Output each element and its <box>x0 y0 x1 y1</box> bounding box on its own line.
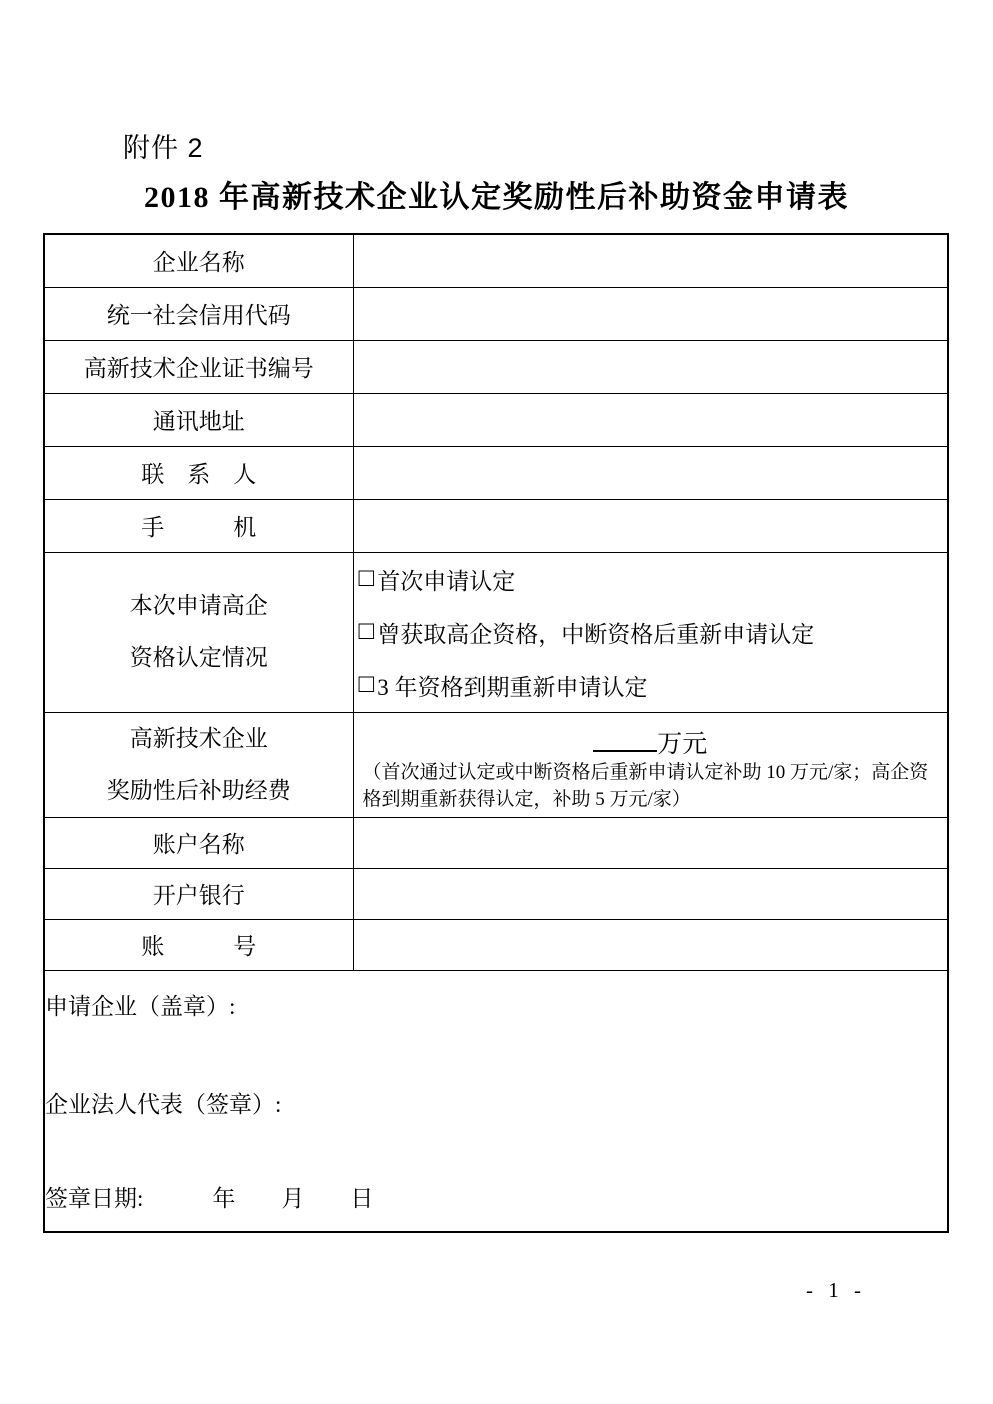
subsidy-amount-line: 万元 <box>354 724 948 758</box>
checkbox-option-first-application[interactable]: □ 首次申请认定 <box>354 553 948 606</box>
qualification-options-cell: □ 首次申请认定 □ 曾获取高企资格，中断资格后重新申请认定 □ 3 年资格到期… <box>353 552 948 712</box>
field-label-subsidy-amount: 高新技术企业 奖励性后补助经费 <box>44 712 353 817</box>
table-row-deposit-bank: 开户银行 <box>44 868 948 919</box>
checkbox-icon[interactable]: □ <box>359 565 375 591</box>
field-value-contact-person[interactable] <box>353 446 948 499</box>
signature-section-cell: 申请企业（盖章）: 企业法人代表（签章）: 签章日期: 年 月 日 <box>44 970 948 1232</box>
field-value-account-name[interactable] <box>353 817 948 868</box>
subsidy-label-line1: 高新技术企业 <box>45 713 353 765</box>
table-row-account-number: 账 号 <box>44 919 948 970</box>
checkbox-option-label: 曾获取高企资格，中断资格后重新申请认定 <box>377 616 814 649</box>
field-label-qualification-status: 本次申请高企 资格认定情况 <box>44 552 353 712</box>
field-label-mobile-phone: 手 机 <box>44 499 353 552</box>
field-label-account-name: 账户名称 <box>44 817 353 868</box>
qualification-label-line1: 本次申请高企 <box>45 580 353 632</box>
table-row-contact-person: 联 系 人 <box>44 446 948 499</box>
table-row-qualification-status: 本次申请高企 资格认定情况 □ 首次申请认定 □ 曾获取高企资格，中断资格后重新… <box>44 552 948 712</box>
field-value-company-name[interactable] <box>353 234 948 287</box>
qualification-label-line2: 资格认定情况 <box>45 632 353 684</box>
table-row-mobile-phone: 手 机 <box>44 499 948 552</box>
subsidy-note: （首次通过认定或中断资格后重新申请认定补助 10 万元/家；高企资格到期重新获得… <box>354 758 948 813</box>
field-label-account-number: 账 号 <box>44 919 353 970</box>
checkbox-icon[interactable]: □ <box>359 618 375 644</box>
company-seal-line: 申请企业（盖章）: <box>45 988 947 1021</box>
table-row-account-name: 账户名称 <box>44 817 948 868</box>
table-row-credit-code: 统一社会信用代码 <box>44 287 948 340</box>
table-row-company-name: 企业名称 <box>44 234 948 287</box>
table-row-certificate-number: 高新技术企业证书编号 <box>44 340 948 393</box>
table-row-signature-section: 申请企业（盖章）: 企业法人代表（签章）: 签章日期: 年 月 日 <box>44 970 948 1232</box>
legal-representative-line: 企业法人代表（签章）: <box>45 1086 947 1119</box>
checkbox-option-label: 首次申请认定 <box>377 563 515 596</box>
amount-unit-label: 万元 <box>657 731 707 758</box>
application-form-table: 企业名称 统一社会信用代码 高新技术企业证书编号 通讯地址 联 系 人 手 机 <box>43 233 949 1233</box>
field-value-certificate-number[interactable] <box>353 340 948 393</box>
page-number: - 1 - <box>806 1278 866 1303</box>
checkbox-option-reapply-after-expiry[interactable]: □ 3 年资格到期重新申请认定 <box>354 659 948 712</box>
checkbox-icon[interactable]: □ <box>359 671 375 697</box>
field-value-account-number[interactable] <box>353 919 948 970</box>
field-label-deposit-bank: 开户银行 <box>44 868 353 919</box>
field-label-mailing-address: 通讯地址 <box>44 393 353 446</box>
page-title: 2018 年高新技术企业认定奖励性后补助资金申请表 <box>0 172 993 216</box>
subsidy-label-line2: 奖励性后补助经费 <box>45 765 353 817</box>
field-label-certificate-number: 高新技术企业证书编号 <box>44 340 353 393</box>
field-value-mobile-phone[interactable] <box>353 499 948 552</box>
table-row-mailing-address: 通讯地址 <box>44 393 948 446</box>
document-page: 附件 2 2018 年高新技术企业认定奖励性后补助资金申请表 企业名称 统一社会… <box>0 0 993 1404</box>
checkbox-option-reapply-after-interruption[interactable]: □ 曾获取高企资格，中断资格后重新申请认定 <box>354 606 948 659</box>
subsidy-value-cell: 万元 （首次通过认定或中断资格后重新申请认定补助 10 万元/家；高企资格到期重… <box>353 712 948 817</box>
checkbox-option-label: 3 年资格到期重新申请认定 <box>377 669 647 702</box>
field-value-deposit-bank[interactable] <box>353 868 948 919</box>
field-label-credit-code: 统一社会信用代码 <box>44 287 353 340</box>
table-row-subsidy-amount: 高新技术企业 奖励性后补助经费 万元 （首次通过认定或中断资格后重新申请认定补助… <box>44 712 948 817</box>
field-label-contact-person: 联 系 人 <box>44 446 353 499</box>
attachment-label: 附件 2 <box>123 126 204 165</box>
field-value-mailing-address[interactable] <box>353 393 948 446</box>
signature-date-line: 签章日期: 年 月 日 <box>45 1180 947 1213</box>
field-label-company-name: 企业名称 <box>44 234 353 287</box>
field-value-credit-code[interactable] <box>353 287 948 340</box>
amount-blank-line[interactable] <box>593 726 657 752</box>
